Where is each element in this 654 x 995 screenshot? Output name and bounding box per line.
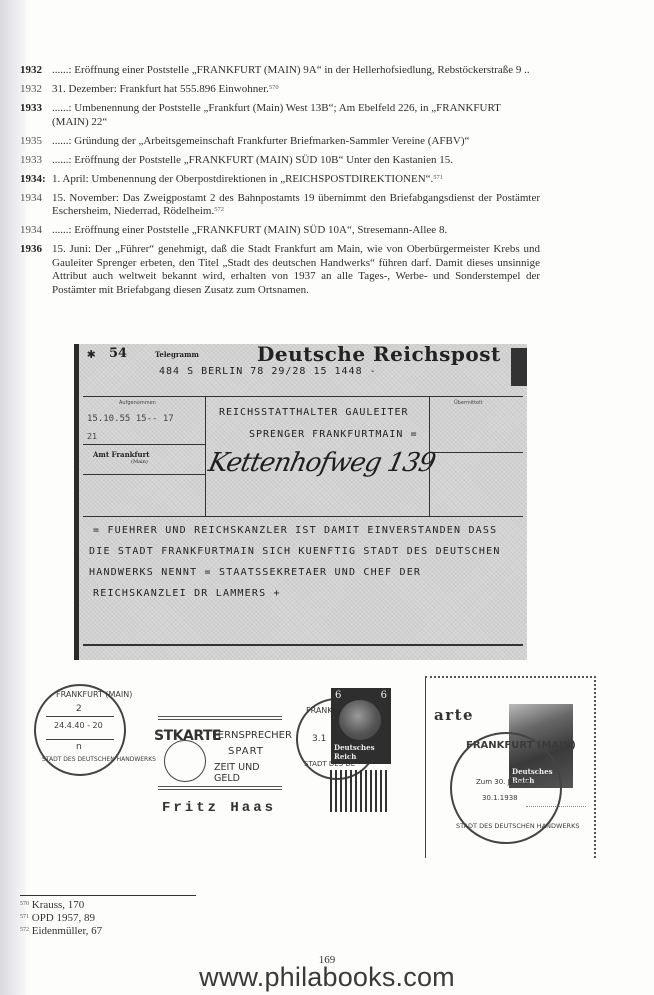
telegram-body-line: HANDWERKS NENNT = STAATSSEKRETAER UND CH… [89,562,501,583]
asterisk-icon: ✱ [87,346,95,362]
divider [83,444,205,445]
stamp-date: 24.4.40 - 20 [54,721,103,730]
stamp-date: 30.1.1938 [482,794,518,802]
entry-year: 1932 [20,83,52,97]
footnote: 570 Krauss, 170 [20,899,102,912]
chronology-entry: 1932 31. Dezember: Frankfurt hat 555.896… [20,83,540,97]
entry-text: ......: Eröffnung einer Poststelle „FRAN… [52,224,540,238]
stamp-top-text: FRANKFURT (MAIN) [56,690,132,699]
entry-text: ......: Gründung der „Arbeitsgemeinschaf… [52,135,540,149]
footnote: 571 OPD 1957, 89 [20,912,102,925]
chronology-entry: 1936 15. Juni: Der „Führer“ genehmigt, d… [20,243,540,297]
meter-franking-mark: STKARTE FERNSPRECHER SPART ZEIT UND GELD [158,716,282,790]
footnote-number: 572 [20,927,29,933]
footnote-text: Krauss, 170 [32,899,85,911]
telegram-body-line: DIE STADT FRANKFURTMAIN SICH KUENFTIG ST… [89,541,501,562]
stamp-letter: n [76,742,82,752]
entry-year: 1933 [20,154,52,168]
telegram-address-line: REICHSSTATTHALTER GAULEITER [219,407,409,418]
entry-text-body: 31. Dezember: Frankfurt hat 555.896 Einw… [52,83,269,95]
entry-year: 1933 [20,102,52,129]
handwritten-note: Kettenhofweg 139 [206,448,438,478]
telephone-hand-icon [164,740,206,782]
footnote-ref[interactable]: 572 [214,206,224,213]
footnote-number: 570 [20,901,29,907]
entry-year: 1934 [20,224,52,238]
entry-year: 1935 [20,135,52,149]
telegram-corner [511,348,527,386]
divider [429,452,523,453]
chronology-entry: 1935 ......: Gründung der „Arbeitsgemein… [20,135,540,149]
postcard-title: arte [434,706,474,724]
meter-line: FERNSPRECHER [212,730,292,741]
stamp-number: 2 [76,704,82,714]
entry-text: 31. Dezember: Frankfurt hat 555.896 Einw… [52,83,540,97]
telegram-form-label: Telegramm [155,350,199,359]
divider [83,396,523,397]
entry-text-body: 15. November: Das Zweigpostamt 2 des Bah… [52,192,540,218]
entry-text: 15. Juni: Der „Führer“ genehmigt, daß di… [52,243,540,297]
telegram-received-sub: 21 [87,432,97,441]
footnote-text: OPD 1957, 89 [32,912,95,924]
meter-line: SPART [228,746,264,757]
stamp-value: 6 [381,690,387,701]
chronology-entry: 1932 ......: Eröffnung einer Poststelle … [20,64,540,78]
divider [205,396,206,516]
entry-year: 1934 [20,192,52,219]
stamp-value: 6 [335,690,341,701]
footnotes: 570 Krauss, 170 571 OPD 1957, 89 572 Eid… [20,899,102,938]
telegram-image: ✱ 54 Telegramm Deutsche Reichspost 484 S… [74,344,527,660]
portrait-icon [339,700,381,740]
entry-text: 15. November: Das Zweigpostamt 2 des Bah… [52,192,540,219]
watermark-link[interactable]: www.philabooks.com [0,962,654,993]
stamp-top-text: FRANKFURT (MAIN) [466,740,576,751]
footnote-separator [20,895,196,896]
divider [83,516,523,517]
entry-text-body: 1. April: Umbenennung der Oberpostdirekt… [52,173,433,185]
chronology-entry: 1933 ......: Eröffnung der Poststelle „F… [20,154,540,168]
entry-year: 1934: [20,173,52,187]
entry-year: 1932 [20,64,52,78]
postage-stamp: 6 6 Deutsches Reich [331,688,391,764]
entry-text: ......: Umbenennung der Poststelle „Fran… [52,102,540,129]
telegram-office-label: Amt Frankfurt [93,450,150,459]
stamp-country: Deutsches Reich [334,743,391,761]
entry-text: ......: Eröffnung der Poststelle „FRANKF… [52,154,540,168]
divider [83,474,205,475]
chronology-entry: 1933 ......: Umbenennung der Poststelle … [20,102,540,129]
footnote-number: 571 [20,914,29,920]
stamp-date: 3.1 [312,734,326,744]
stamp-middle-text: Zum 30. Januar [476,778,530,786]
entry-year: 1936 [20,243,52,297]
round-cancellation-stamp: FRANKFURT (MAIN) 2 24.4.40 - 20 n STADT … [34,684,126,776]
telegram-received: 15.10.55 15-- 17 [87,414,174,424]
telegram-office-sub: (Main) [131,459,148,465]
telegram-body-line: = FUEHRER UND REICHSKANZLER IST DAMIT EI… [93,520,501,541]
footnote-text: Eidenmüller, 67 [32,925,102,937]
telegram-body: = FUEHRER UND REICHSKANZLER IST DAMIT EI… [93,520,501,604]
telegram-form-number: 54 [109,346,127,361]
divider [83,644,523,646]
entry-text: ......: Eröffnung einer Poststelle „FRAN… [52,64,540,78]
chronology-list: 1932 ......: Eröffnung einer Poststelle … [20,64,540,303]
footnote-ref[interactable]: 570 [269,84,279,91]
footnote-ref[interactable]: 571 [433,174,443,181]
sender-name: Fritz Haas [162,800,276,816]
telegram-brand: Deutsche Reichspost [257,342,501,366]
telegram-body-line: REICHSKANZLEI DR LAMMERS + [93,583,501,604]
chronology-entry: 1934 15. November: Das Zweigpostamt 2 de… [20,192,540,219]
chronology-entry: 1934 ......: Eröffnung einer Poststelle … [20,224,540,238]
telegram-small-header: Übermittelt [454,400,482,406]
postal-covers-image: FRANKFURT (MAIN) 2 24.4.40 - 20 n STADT … [0,672,654,872]
special-cancellation-stamp: FRANKFURT (MAIN) Zum 30. Januar 30.1.193… [450,732,562,844]
cancellation-bars [330,770,388,812]
footnote: 572 Eidenmüller, 67 [20,925,102,938]
telegram-route-line: 484 S BERLIN 78 29/28 15 1448 - [159,366,377,377]
stamp-bottom-text: STADT DES DEUTSCHEN HANDWERKS [42,756,156,763]
meter-line: ZEIT UND GELD [214,762,282,784]
chronology-entry: 1934: 1. April: Umbenennung der Oberpost… [20,173,540,187]
stamp-bottom-text: STADT DES DEUTSCHEN HANDWERKS [456,822,579,830]
entry-text: 1. April: Umbenennung der Oberpostdirekt… [52,173,540,187]
telegram-address-line: SPRENGER FRANKFURTMAIN = [249,429,418,440]
telegram-small-header: Aufgenommen [119,400,156,406]
